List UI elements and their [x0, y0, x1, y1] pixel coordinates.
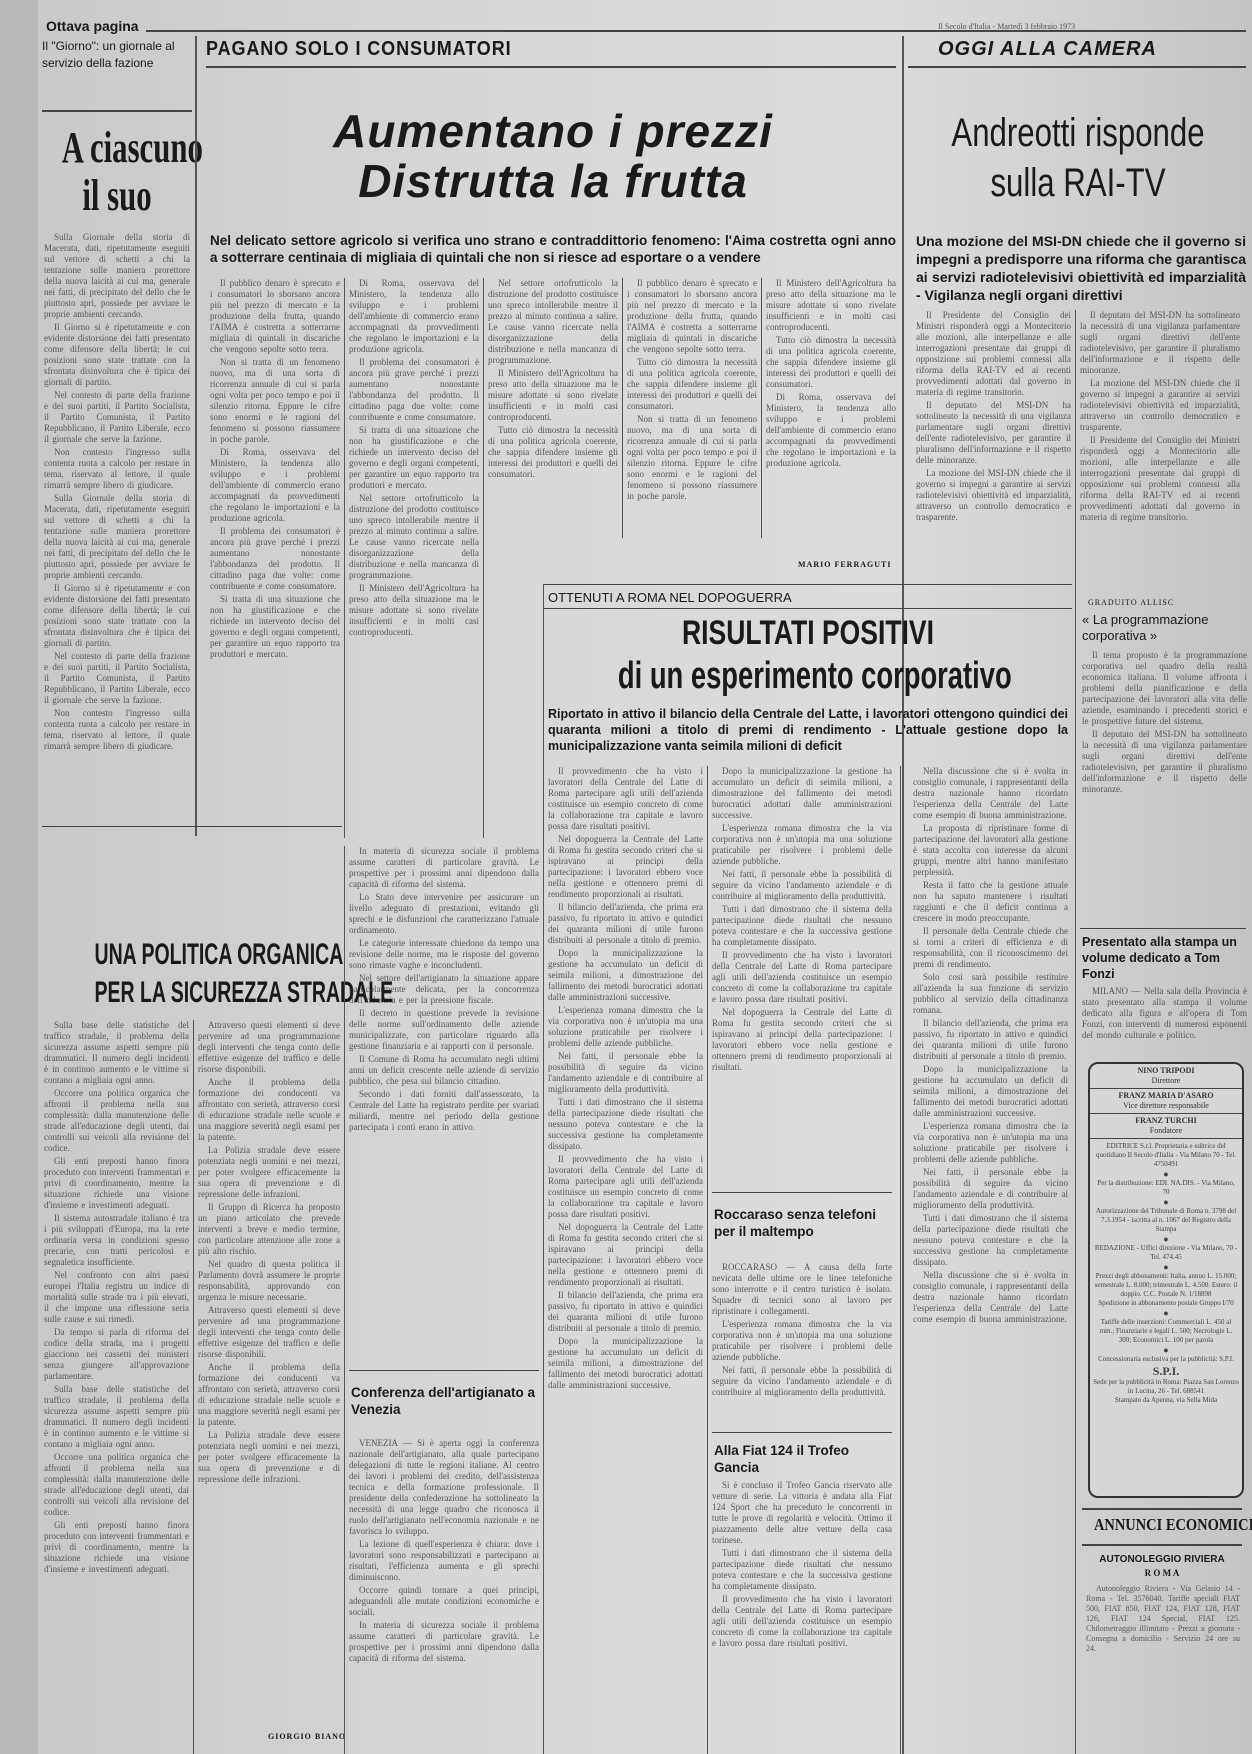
- paragraph: Nel contesto di parte della frazione e d…: [44, 390, 190, 445]
- paragraph: VENEZIA — Si è aperta oggi la conferenza…: [349, 1438, 539, 1537]
- main-body-col3: Nel settore ortofrutticolo la distruzion…: [488, 278, 618, 538]
- section-label: Ottava pagina: [46, 18, 139, 34]
- paragraph: Si tratta di una situazione che non ha g…: [349, 425, 479, 491]
- paragraph: La mozione del MSI-DN chiede che il gove…: [916, 468, 1071, 523]
- paragraph: Sulla base delle statistiche del traffic…: [44, 1384, 189, 1450]
- paragraph: Nel contesto di parte della frazione e d…: [44, 651, 190, 706]
- paragraph: Il provvedimento che ha visto i lavorato…: [712, 1594, 892, 1649]
- paragraph: Dopo la municipalizzazione la gestione h…: [548, 948, 703, 1003]
- left-headline: A ciascuno il suo: [38, 124, 196, 220]
- paragraph: Resta il fatto che la gestione attuale n…: [913, 880, 1068, 924]
- colophon-block: Prezzi degli abbonamenti: Italia, annuo …: [1093, 1272, 1239, 1299]
- main-headline-line2: Distrutta la frutta: [208, 156, 898, 206]
- paragraph: La mozione del MSI-DN chiede che il gove…: [1080, 378, 1240, 433]
- spi-logo: S.P.I.: [1093, 1364, 1239, 1378]
- main-headline-line1: Aumentano i prezzi: [208, 106, 898, 156]
- paragraph: Dopo la municipalizzazione la gestione h…: [548, 1336, 703, 1391]
- corporativa-headline: « La programmazione corporativa »: [1082, 612, 1247, 644]
- paragraph: Nei fatti, il personale ebbe la possibil…: [548, 1051, 703, 1095]
- paragraph: Tutto ciò dimostra la necessità di una p…: [627, 357, 757, 412]
- paragraph: Anche il problema della formazione dei c…: [198, 1362, 340, 1428]
- safety-headline-line1: UNA POLITICA ORGANICA: [95, 936, 290, 974]
- left-kicker: Il "Giorno": un giornale al servizio del…: [42, 38, 192, 72]
- paragraph: In materia di sicurezza sociale il probl…: [349, 1620, 539, 1664]
- paragraph: Gli enti preposti hanno finora proceduto…: [44, 1520, 189, 1575]
- paragraph: Il deputato del MSI-DN ha sottolineato l…: [1080, 310, 1240, 376]
- paragraph: Il tema proposto è la programmazione cor…: [1082, 650, 1247, 727]
- paragraph: La proposta di ripristinare forme di par…: [913, 823, 1068, 878]
- paragraph: Sulla base delle statistiche del traffic…: [44, 1020, 189, 1086]
- bullet-icon: ●: [1093, 1197, 1239, 1207]
- kicker-rule: [908, 66, 1246, 68]
- corporativa-body: Il tema proposto è la programmazione cor…: [1082, 650, 1247, 920]
- paragraph: Dopo la municipalizzazione la gestione h…: [712, 766, 892, 821]
- paragraph: Si è concluso il Trofeo Gancia riservato…: [712, 1480, 892, 1546]
- main-deck: Nel delicato settore agricolo si verific…: [210, 232, 896, 266]
- paragraph: Tutti i dati dimostrano che il sistema d…: [913, 1213, 1068, 1268]
- paragraph: Il Gruppo di Ricerca ha proposto un pian…: [198, 1202, 340, 1257]
- colophon-block: Autorizzazione del Tribunale di Roma n. …: [1093, 1207, 1239, 1234]
- corporativo-body-col2: Dopo la municipalizzazione la gestione h…: [712, 766, 892, 1186]
- right-kicker: OGGI ALLA CAMERA: [938, 38, 1157, 61]
- main-body-col4: Il pubblico denaro è sprecato e i consum…: [627, 278, 757, 538]
- paragraph: Non si tratta di un fenomeno nuovo, ma d…: [627, 414, 757, 502]
- right-body-col2: Il deputato del MSI-DN ha sottolineato l…: [1080, 310, 1240, 560]
- paragraph: Il provvedimento che ha visto i lavorato…: [712, 950, 892, 1005]
- paragraph: Autonoleggio Riviera - Via Gelasio 14 - …: [1086, 1584, 1240, 1654]
- corporativo-deck: Riportato in attivo il bilancio della Ce…: [548, 706, 1068, 754]
- safety-body-col1: Sulla base delle statistiche del traffic…: [44, 1020, 189, 1744]
- right-headline-line1: Andreotti risponde: [945, 108, 1210, 158]
- left-headline-line2: il suo: [62, 172, 173, 220]
- paragraph: Nel dopoguerra la Centrale del Latte di …: [548, 834, 703, 900]
- colophon-sub: Direttore: [1152, 1076, 1181, 1085]
- paragraph: Tutti i dati dimostrano che il sistema d…: [712, 1548, 892, 1592]
- paragraph: Il provvedimento che ha visto i lavorato…: [548, 766, 703, 832]
- paragraph: Sulla Giornale della storia di Macerata,…: [44, 232, 190, 320]
- column-rule: [622, 278, 623, 538]
- bullet-icon: ●: [1093, 1234, 1239, 1244]
- right-headline: Andreotti risponde sulla RAI-TV: [908, 108, 1248, 208]
- paragraph: Nel settore ortofrutticolo la distruzion…: [349, 493, 479, 581]
- artigianato-body: VENEZIA — Si è aperta oggi la conferenza…: [349, 1438, 539, 1744]
- column-rule: [483, 278, 484, 838]
- colophon-block: Concessionaria esclusiva per la pubblici…: [1093, 1355, 1239, 1364]
- paragraph: Il pubblico denaro è sprecato e i consum…: [210, 278, 340, 355]
- main-kicker: PAGANO SOLO I CONSUMATORI: [206, 38, 818, 61]
- paragraph: Il decreto in questione prevede la revis…: [349, 1008, 539, 1052]
- bullet-icon: ●: [1093, 1345, 1239, 1355]
- bullet-icon: ●: [1093, 1169, 1239, 1179]
- paragraph: Il deputato del MSI-DN ha sottolineato l…: [916, 400, 1071, 466]
- fiat-headline: Alla Fiat 124 il Trofeo Gancia: [714, 1442, 894, 1476]
- paragraph: Nel dopoguerra la Centrale del Latte di …: [712, 1007, 892, 1073]
- column-rule: [1075, 310, 1076, 1754]
- paragraph: Tutto ciò dimostra la necessità di una p…: [488, 425, 618, 480]
- colophon-box: NINO TRIPODIDirettore FRANZ MARIA D'ASAR…: [1088, 1062, 1244, 1498]
- paragraph: Nel quadro di questa politica il Parlame…: [198, 1259, 340, 1303]
- artigianato-headline: Conferenza dell'artigianato a Venezia: [351, 1384, 541, 1418]
- paragraph: Nei fatti, il personale ebbe la possibil…: [712, 1365, 892, 1398]
- paragraph: Il problema dei consumatori è ancora più…: [210, 526, 340, 592]
- paragraph: Il problema dei consumatori è ancora più…: [349, 357, 479, 423]
- corporativo-body-col1: Il provvedimento che ha visto i lavorato…: [548, 766, 703, 1746]
- paragraph: Solo così sarà possibile restituire all'…: [913, 972, 1068, 1016]
- paragraph: Il pubblico denaro è sprecato e i consum…: [627, 278, 757, 355]
- masthead-rule: [146, 30, 1246, 32]
- corporativo-headline-line2: di un esperimento corporativo: [618, 654, 998, 698]
- paragraph: Gli enti preposti hanno finora proceduto…: [44, 1156, 189, 1211]
- right-body-col1: Il Presidente del Consiglio dei Ministri…: [916, 310, 1071, 575]
- paragraph: Il Ministero dell'Agricoltura ha preso a…: [349, 583, 479, 638]
- roccaraso-headline: Roccaraso senza telefoni per il maltempo: [714, 1206, 894, 1240]
- paragraph: Attraverso questi elementi si deve perve…: [198, 1305, 340, 1360]
- classifieds-city: R O M A: [1082, 1568, 1242, 1578]
- divider: [1080, 928, 1246, 929]
- paragraph: Lo Stato deve intervenire per assicurare…: [349, 892, 539, 936]
- paragraph: Il Giorno si è ripetutamente e con evide…: [44, 322, 190, 388]
- paragraph: Nella discussione che si è svolta in con…: [913, 1270, 1068, 1325]
- column-rule: [761, 278, 762, 538]
- paragraph: Tutti i dati dimostrano che il sistema d…: [548, 1097, 703, 1152]
- classifieds-advertiser: AUTONOLEGGIO RIVIERA: [1082, 1554, 1242, 1565]
- paragraph: Sulla Giornale della storia di Macerata,…: [44, 493, 190, 581]
- classifieds-title: ANNUNCI ECONOMICI: [1094, 1514, 1230, 1536]
- paragraph: Nel settore ortofrutticolo la distruzion…: [488, 278, 618, 366]
- paragraph: Il Comune di Roma ha accumulato negli ul…: [349, 1054, 539, 1087]
- right-headline-line2: sulla RAI-TV: [945, 158, 1210, 208]
- divider: [544, 608, 1072, 609]
- paragraph: Il Ministero dell'Agricoltura ha preso a…: [766, 278, 896, 333]
- paragraph: Il deputato del MSI-DN ha sottolineato l…: [1082, 729, 1247, 795]
- left-headline-line1: A ciascuno: [62, 124, 173, 172]
- paragraph: Il personale della Centrale chiede che s…: [913, 926, 1068, 970]
- colophon-block: Per la distribuzione: EDI. NA.DIS. - Via…: [1093, 1179, 1239, 1197]
- fiat-body: Si è concluso il Trofeo Gancia riservato…: [712, 1480, 892, 1746]
- paragraph: La Polizia stradale deve essere potenzia…: [198, 1145, 340, 1200]
- colophon-block: Tariffe delle inserzioni: Commerciali L.…: [1093, 1318, 1239, 1345]
- corporativa-kicker: GRADUITO ALLISC: [1088, 598, 1174, 607]
- main-byline: MARIO FERRAGUTI: [798, 560, 891, 569]
- paragraph: Il sistema autostradale italiano è tra i…: [44, 1213, 189, 1268]
- paragraph: Il provvedimento che ha visto i lavorato…: [548, 1154, 703, 1220]
- paragraph: Secondo i dati forniti dall'assessorato,…: [349, 1089, 539, 1133]
- paragraph: Nella discussione che si è svolta in con…: [913, 766, 1068, 821]
- divider: [1082, 1544, 1242, 1546]
- column-rule: [193, 1020, 194, 1754]
- corporativo-body-col3: Nella discussione che si è svolta in con…: [913, 766, 1068, 1746]
- paragraph: Di Roma, osservava del Ministero, la ten…: [766, 392, 896, 469]
- left-body: Sulla Giornale della storia di Macerata,…: [44, 232, 190, 827]
- bullet-icon: ●: [1093, 1262, 1239, 1272]
- paragraph: Nel confronto con altri paesi europei l'…: [44, 1270, 189, 1325]
- main-headline: Aumentano i prezzi Distrutta la frutta: [208, 106, 898, 206]
- paragraph: Nel dopoguerra la Centrale del Latte di …: [548, 1222, 703, 1288]
- paragraph: Tutto ciò dimostra la necessità di una p…: [766, 335, 896, 390]
- colophon-block: Sede per la pubblicità in Roma: Piazza S…: [1093, 1378, 1239, 1396]
- divider: [349, 1370, 539, 1371]
- safety-headline: UNA POLITICA ORGANICA PER LA SICUREZZA S…: [42, 936, 342, 1012]
- bullet-icon: ●: [1093, 1308, 1239, 1318]
- colophon-block: EDITRICE S.r.l. Proprietaria e editrice …: [1093, 1142, 1239, 1169]
- colophon-row: FRANZ TURCHIFondatore: [1090, 1114, 1242, 1139]
- paragraph: Dopo la municipalizzazione la gestione h…: [913, 1064, 1068, 1119]
- paragraph: Il Giorno si è ripetutamente e con evide…: [44, 583, 190, 649]
- paragraph: Il bilancio dell'azienda, che prima era …: [913, 1018, 1068, 1062]
- paragraph: Non si tratta di un fenomeno nuovo, ma d…: [210, 357, 340, 445]
- divider: [712, 1192, 892, 1193]
- column-rule: [344, 278, 345, 838]
- paragraph: Il Ministero dell'Agricoltura ha preso a…: [488, 368, 618, 423]
- divider: [42, 826, 342, 827]
- main-kicker-box: PAGANO SOLO I CONSUMATORI: [206, 38, 886, 61]
- divider: [712, 1432, 892, 1433]
- paragraph: Attraverso questi elementi si deve perve…: [198, 1020, 340, 1075]
- paragraph: Il Presidente del Consiglio dei Ministri…: [1080, 435, 1240, 523]
- paragraph: MILANO — Nella sala della Provincia è st…: [1082, 986, 1247, 1041]
- newspaper-page: Ottava pagina Il Secolo d'Italia - Marte…: [38, 0, 1252, 1754]
- paragraph: Il Presidente del Consiglio dei Ministri…: [916, 310, 1071, 398]
- paragraph: Nei fatti, il personale ebbe la possibil…: [913, 1167, 1068, 1211]
- paragraph: Non contesto l'ingresso sulla contenta r…: [44, 708, 190, 752]
- column-rule: [707, 766, 708, 1754]
- fonzi-body: MILANO — Nella sala della Provincia è st…: [1082, 986, 1247, 1062]
- roccaraso-body: ROCCARASO — A causa della forte nevicata…: [712, 1262, 892, 1422]
- colophon-row: NINO TRIPODIDirettore: [1090, 1064, 1242, 1089]
- paragraph: L'esperienza romana dimostra che la via …: [548, 1005, 703, 1049]
- paragraph: Non contesto l'ingresso sulla contenta r…: [44, 447, 190, 491]
- paragraph: L'esperienza romana dimostra che la via …: [712, 823, 892, 867]
- colophon-row: FRANZ MARIA D'ASAROVice direttore respon…: [1090, 1089, 1242, 1114]
- column-rule: [900, 766, 901, 1754]
- paragraph: Si tratta di una situazione che non ha g…: [210, 594, 340, 660]
- colophon-details: EDITRICE S.r.l. Proprietaria e editrice …: [1090, 1139, 1242, 1408]
- right-deck: Una mozione del MSI-DN chiede che il gov…: [916, 232, 1246, 304]
- corporativo-headline-line1: RISULTATI POSITIVI: [602, 612, 1014, 654]
- colophon-title: NINO TRIPODI: [1138, 1066, 1195, 1075]
- divider: [544, 584, 1072, 585]
- paragraph: ROCCARASO — A causa della forte nevicata…: [712, 1262, 892, 1317]
- column-rule: [543, 584, 544, 1754]
- main-body-col1: Il pubblico denaro è sprecato e i consum…: [210, 278, 340, 838]
- paragraph: Di Roma, osservava del Ministero, la ten…: [210, 447, 340, 524]
- paragraph: Da tempo si parla di riforma del codice …: [44, 1327, 189, 1382]
- colophon-block: Spedizione in abbonamento postale Gruppo…: [1093, 1299, 1239, 1308]
- column-rule: [195, 36, 197, 836]
- paragraph: Il bilancio dell'azienda, che prima era …: [548, 902, 703, 946]
- corporativo-kicker: OTTENUTI A ROMA NEL DOPOGUERRA: [548, 590, 792, 605]
- paragraph: Anche il problema della formazione dei c…: [198, 1077, 340, 1143]
- main-body-col5: Il Ministero dell'Agricoltura ha preso a…: [766, 278, 896, 518]
- paragraph: In materia di sicurezza sociale il probl…: [349, 846, 539, 890]
- paragraph: Occorre quindi tornare a quei principi, …: [349, 1585, 539, 1618]
- kicker-rule: [206, 66, 896, 68]
- main-body-col2: Di Roma, osservava del Ministero, la ten…: [349, 278, 479, 838]
- paragraph: Tutti i dati dimostrano che il sistema d…: [712, 904, 892, 948]
- safety-headline-line2: PER LA SICUREZZA STRADALE: [95, 974, 290, 1012]
- colophon-sub: Fondatore: [1150, 1126, 1182, 1135]
- colophon-sub: Vice direttore responsabile: [1123, 1101, 1209, 1110]
- column-rule: [902, 36, 904, 1754]
- classifieds-body: Autonoleggio Riviera - Via Gelasio 14 - …: [1086, 1584, 1240, 1744]
- paragraph: Occorre una politica organica che affron…: [44, 1088, 189, 1154]
- colophon-block: REDAZIONE - Uffici direzione - Via Milan…: [1093, 1244, 1239, 1262]
- divider: [42, 110, 192, 112]
- divider: [1082, 1508, 1242, 1510]
- colophon-block: Stampato da Apenna, via Sella Mida: [1093, 1396, 1239, 1405]
- paragraph: Di Roma, osservava del Ministero, la ten…: [349, 278, 479, 355]
- paragraph: Le categorie interessate chiedono da tem…: [349, 938, 539, 971]
- safety-body-col2: Attraverso questi elementi si deve perve…: [198, 1020, 340, 1725]
- paragraph: Occorre una politica organica che affron…: [44, 1452, 189, 1518]
- paragraph: La Polizia stradale deve essere potenzia…: [198, 1430, 340, 1485]
- colophon-title: FRANZ MARIA D'ASARO: [1118, 1091, 1213, 1100]
- safety-byline: GIORGIO BIANO: [268, 1732, 346, 1741]
- column-rule: [344, 846, 345, 1754]
- paragraph: L'esperienza romana dimostra che la via …: [913, 1121, 1068, 1165]
- paragraph: Nei fatti, il personale ebbe la possibil…: [712, 869, 892, 902]
- fonzi-headline: Presentato alla stampa un volume dedicat…: [1082, 934, 1247, 982]
- middle-col-a: In materia di sicurezza sociale il probl…: [349, 846, 539, 1346]
- corporativo-headline: RISULTATI POSITIVI di un esperimento cor…: [544, 612, 1072, 698]
- paragraph: La lezione di quell'esperienza è chiara:…: [349, 1539, 539, 1583]
- paragraph: Il bilancio dell'azienda, che prima era …: [548, 1290, 703, 1334]
- colophon-title: FRANZ TURCHI: [1135, 1116, 1196, 1125]
- paragraph: L'esperienza romana dimostra che la via …: [712, 1319, 892, 1363]
